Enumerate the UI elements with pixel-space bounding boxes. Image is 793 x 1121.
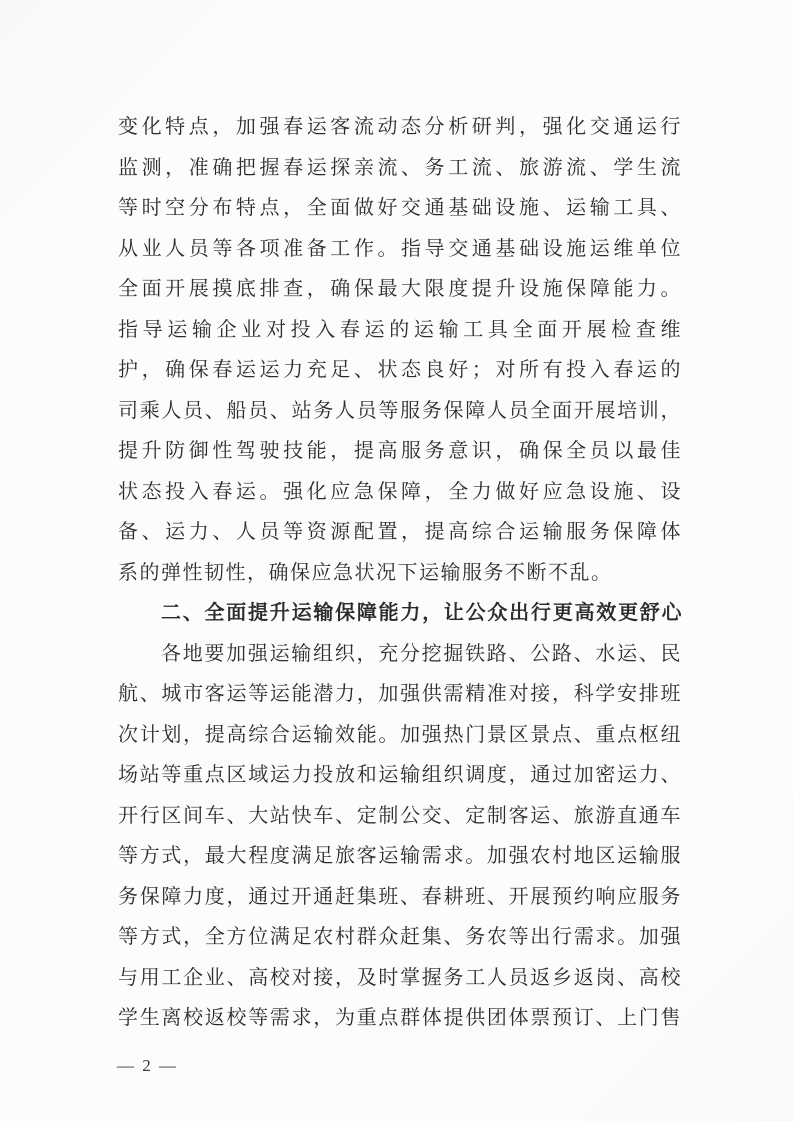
text-line: 开行区间车、大站快车、定制公交、定制客运、旅游直通车 bbox=[118, 796, 682, 837]
text-line: 场站等重点区域运力投放和运输组织调度，通过加密运力、 bbox=[118, 755, 682, 796]
text-line: 状态投入春运。强化应急保障，全力做好应急设施、设 bbox=[118, 472, 682, 513]
text-line-paragraph-start: 各地要加强运输组织，充分挖掘铁路、公路、水运、民 bbox=[118, 634, 682, 675]
scanned-document-page: 变化特点，加强春运客流动态分析研判，强化交通运行 监测，准确把握春运探亲流、务工… bbox=[0, 0, 793, 1121]
text-line: 学生离校返校等需求，为重点群体提供团体票预订、上门售 bbox=[118, 998, 682, 1039]
section-heading: 二、全面提升运输保障能力，让公众出行更高效更舒心 bbox=[118, 593, 682, 634]
page-number: — 2 — bbox=[117, 1051, 178, 1081]
text-line: 航、城市客运等运能潜力，加强供需精准对接，科学安排班 bbox=[118, 674, 682, 715]
text-line: 变化特点，加强春运客流动态分析研判，强化交通运行 bbox=[118, 107, 682, 148]
text-line: 指导运输企业对投入春运的运输工具全面开展检查维 bbox=[118, 310, 682, 351]
text-line: 从业人员等各项准备工作。指导交通基础设施运维单位 bbox=[118, 229, 682, 270]
text-line: 护，确保春运运力充足、状态良好；对所有投入春运的 bbox=[118, 350, 682, 391]
text-line: 等方式，最大程度满足旅客运输需求。加强农村地区运输服 bbox=[118, 836, 682, 877]
text-line: 监测，准确把握春运探亲流、务工流、旅游流、学生流 bbox=[118, 148, 682, 189]
text-line: 务保障力度，通过开通赶集班、春耕班、开展预约响应服务 bbox=[118, 877, 682, 918]
text-line-paragraph-end: 系的弹性韧性，确保应急状况下运输服务不断不乱。 bbox=[118, 553, 682, 594]
text-line: 次计划，提高综合运输效能。加强热门景区景点、重点枢纽 bbox=[118, 715, 682, 756]
text-line: 全面开展摸底排查，确保最大限度提升设施保障能力。 bbox=[118, 269, 682, 310]
text-line: 等方式，全方位满足农村群众赶集、务农等出行需求。加强 bbox=[118, 917, 682, 958]
text-line: 与用工企业、高校对接，及时掌握务工人员返乡返岗、高校 bbox=[118, 958, 682, 999]
text-line: 备、运力、人员等资源配置，提高综合运输服务保障体 bbox=[118, 512, 682, 553]
text-line: 司乘人员、船员、站务人员等服务保障人员全面开展培训， bbox=[118, 391, 682, 432]
document-body: 变化特点，加强春运客流动态分析研判，强化交通运行 监测，准确把握春运探亲流、务工… bbox=[118, 107, 682, 1039]
text-line: 等时空分布特点，全面做好交通基础设施、运输工具、 bbox=[118, 188, 682, 229]
text-line: 提升防御性驾驶技能，提高服务意识，确保全员以最佳 bbox=[118, 431, 682, 472]
